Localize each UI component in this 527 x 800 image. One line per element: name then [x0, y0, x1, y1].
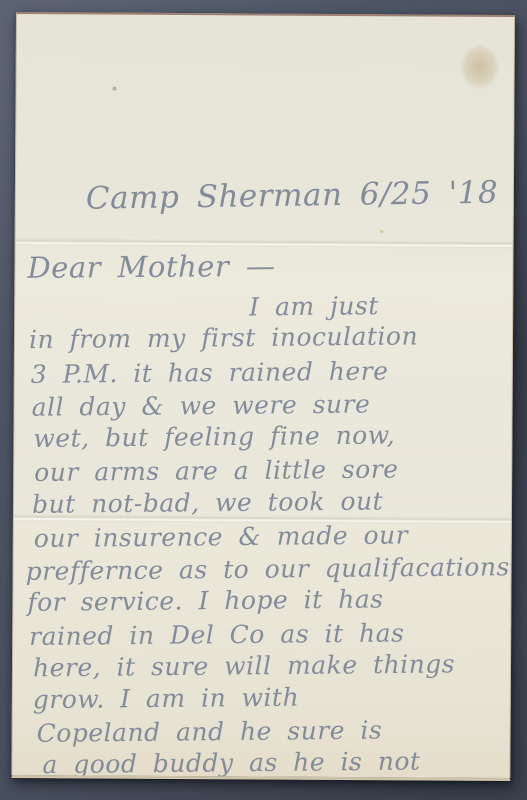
letter-line: wet, but feeling fine now, [33, 420, 395, 452]
letter-line: grow. I am in with [33, 683, 300, 715]
letter-line: preffernce as to our qualifacations [25, 552, 509, 586]
letter-line: in from my first inoculation [29, 321, 418, 354]
letter-line: for service. I hope it has [27, 584, 383, 616]
letter-page: Camp Sherman 6/25 '18 Dear Mother — I am… [11, 12, 515, 781]
letter-line: rained in Del Co as it has [29, 618, 404, 651]
fold-crease-top [16, 238, 513, 249]
letter-line: here, it sure will make things [33, 649, 455, 682]
letter-photograph: Camp Sherman 6/25 '18 Dear Mother — I am… [0, 0, 527, 800]
letter-line: Copeland and he sure is [36, 716, 382, 748]
letter-dateline: Camp Sherman 6/25 '18 [86, 175, 499, 217]
letter-line: I am just [249, 291, 379, 321]
paper-stain [461, 45, 499, 89]
letter-line: a good buddy as he is not [42, 747, 420, 780]
letter-line: our arms are a little sore [34, 454, 399, 486]
paper-speck [380, 230, 384, 233]
letter-line: all day & we were sure [31, 390, 370, 422]
letter-line: but not-bad, we took out [32, 486, 383, 518]
paper-speck [113, 87, 117, 91]
letter-line: 3 P.M. it has rained here [31, 356, 389, 388]
letter-line: our insurence & made our [34, 520, 409, 553]
letter-salutation: Dear Mother — [27, 249, 275, 285]
